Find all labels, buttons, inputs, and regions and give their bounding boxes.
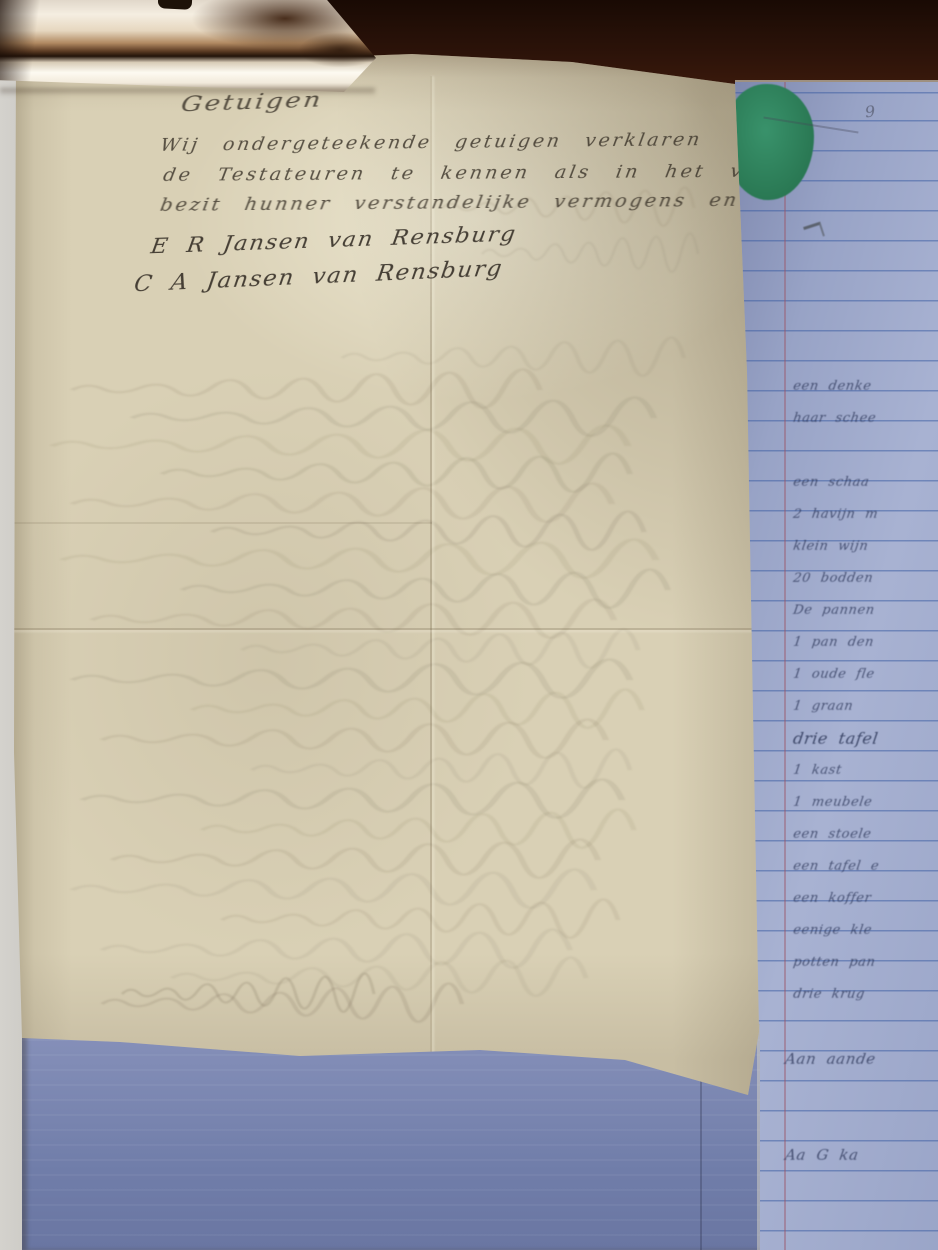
ledger-row: drie tafel: [791, 724, 938, 756]
ledger-row: 20 bodden: [791, 564, 938, 596]
ledger-row: een schaa: [791, 468, 938, 500]
ledger-row: 1 meubele: [791, 788, 938, 820]
ledger-row: een tafel e: [791, 852, 938, 884]
ledger-row: een koffer: [791, 884, 938, 916]
green-sticker: [726, 84, 814, 200]
ledger-row: haar schee: [791, 404, 938, 436]
ledger-row: [791, 1076, 938, 1108]
ledger-row: [791, 1108, 938, 1140]
page-number-annotation: 9: [831, 102, 921, 142]
ledger-row: 1 pan den: [791, 628, 938, 660]
ledger-row: Aa G ka: [783, 1140, 938, 1172]
ledger-row: 2 havijn m: [791, 500, 938, 532]
ledger-row: [791, 436, 938, 468]
fold-crease-faint: [12, 522, 432, 524]
clip-shadow: [0, 88, 375, 96]
ledger-row: Aan aande: [783, 1044, 938, 1076]
ledger-row: [791, 1012, 938, 1044]
ledger-rows: een denkehaar scheeeen schaa2 havijn mkl…: [793, 372, 938, 1172]
fold-crease-horizontal: [12, 628, 762, 630]
ledger-row: 1 graan: [791, 692, 938, 724]
ledger-row: De pannen: [791, 596, 938, 628]
ledger-row: een stoele: [791, 820, 938, 852]
ledger-row: klein wijn: [791, 532, 938, 564]
photo-scene: 9 een denkehaar scheeeen schaa2 havijn m…: [0, 0, 938, 1250]
ledger-row: potten pan: [791, 948, 938, 980]
clip-lever: [158, 0, 193, 10]
page-number-text: 9: [864, 101, 877, 121]
ledger-row: drie krug: [791, 980, 938, 1012]
ledger-row: 1 kast: [791, 756, 938, 788]
ledger-page: 9 een denkehaar scheeeen schaa2 havijn m…: [735, 82, 938, 1250]
ledger-row: eenige kle: [791, 916, 938, 948]
letter-paper: Getuigen Wij ondergeteekende getuigen ve…: [12, 52, 762, 1100]
metal-clip: [0, 0, 388, 96]
ledger-row: een denke: [791, 372, 938, 404]
ink-smudge: [803, 222, 825, 242]
ledger-row: 1 oude fle: [791, 660, 938, 692]
